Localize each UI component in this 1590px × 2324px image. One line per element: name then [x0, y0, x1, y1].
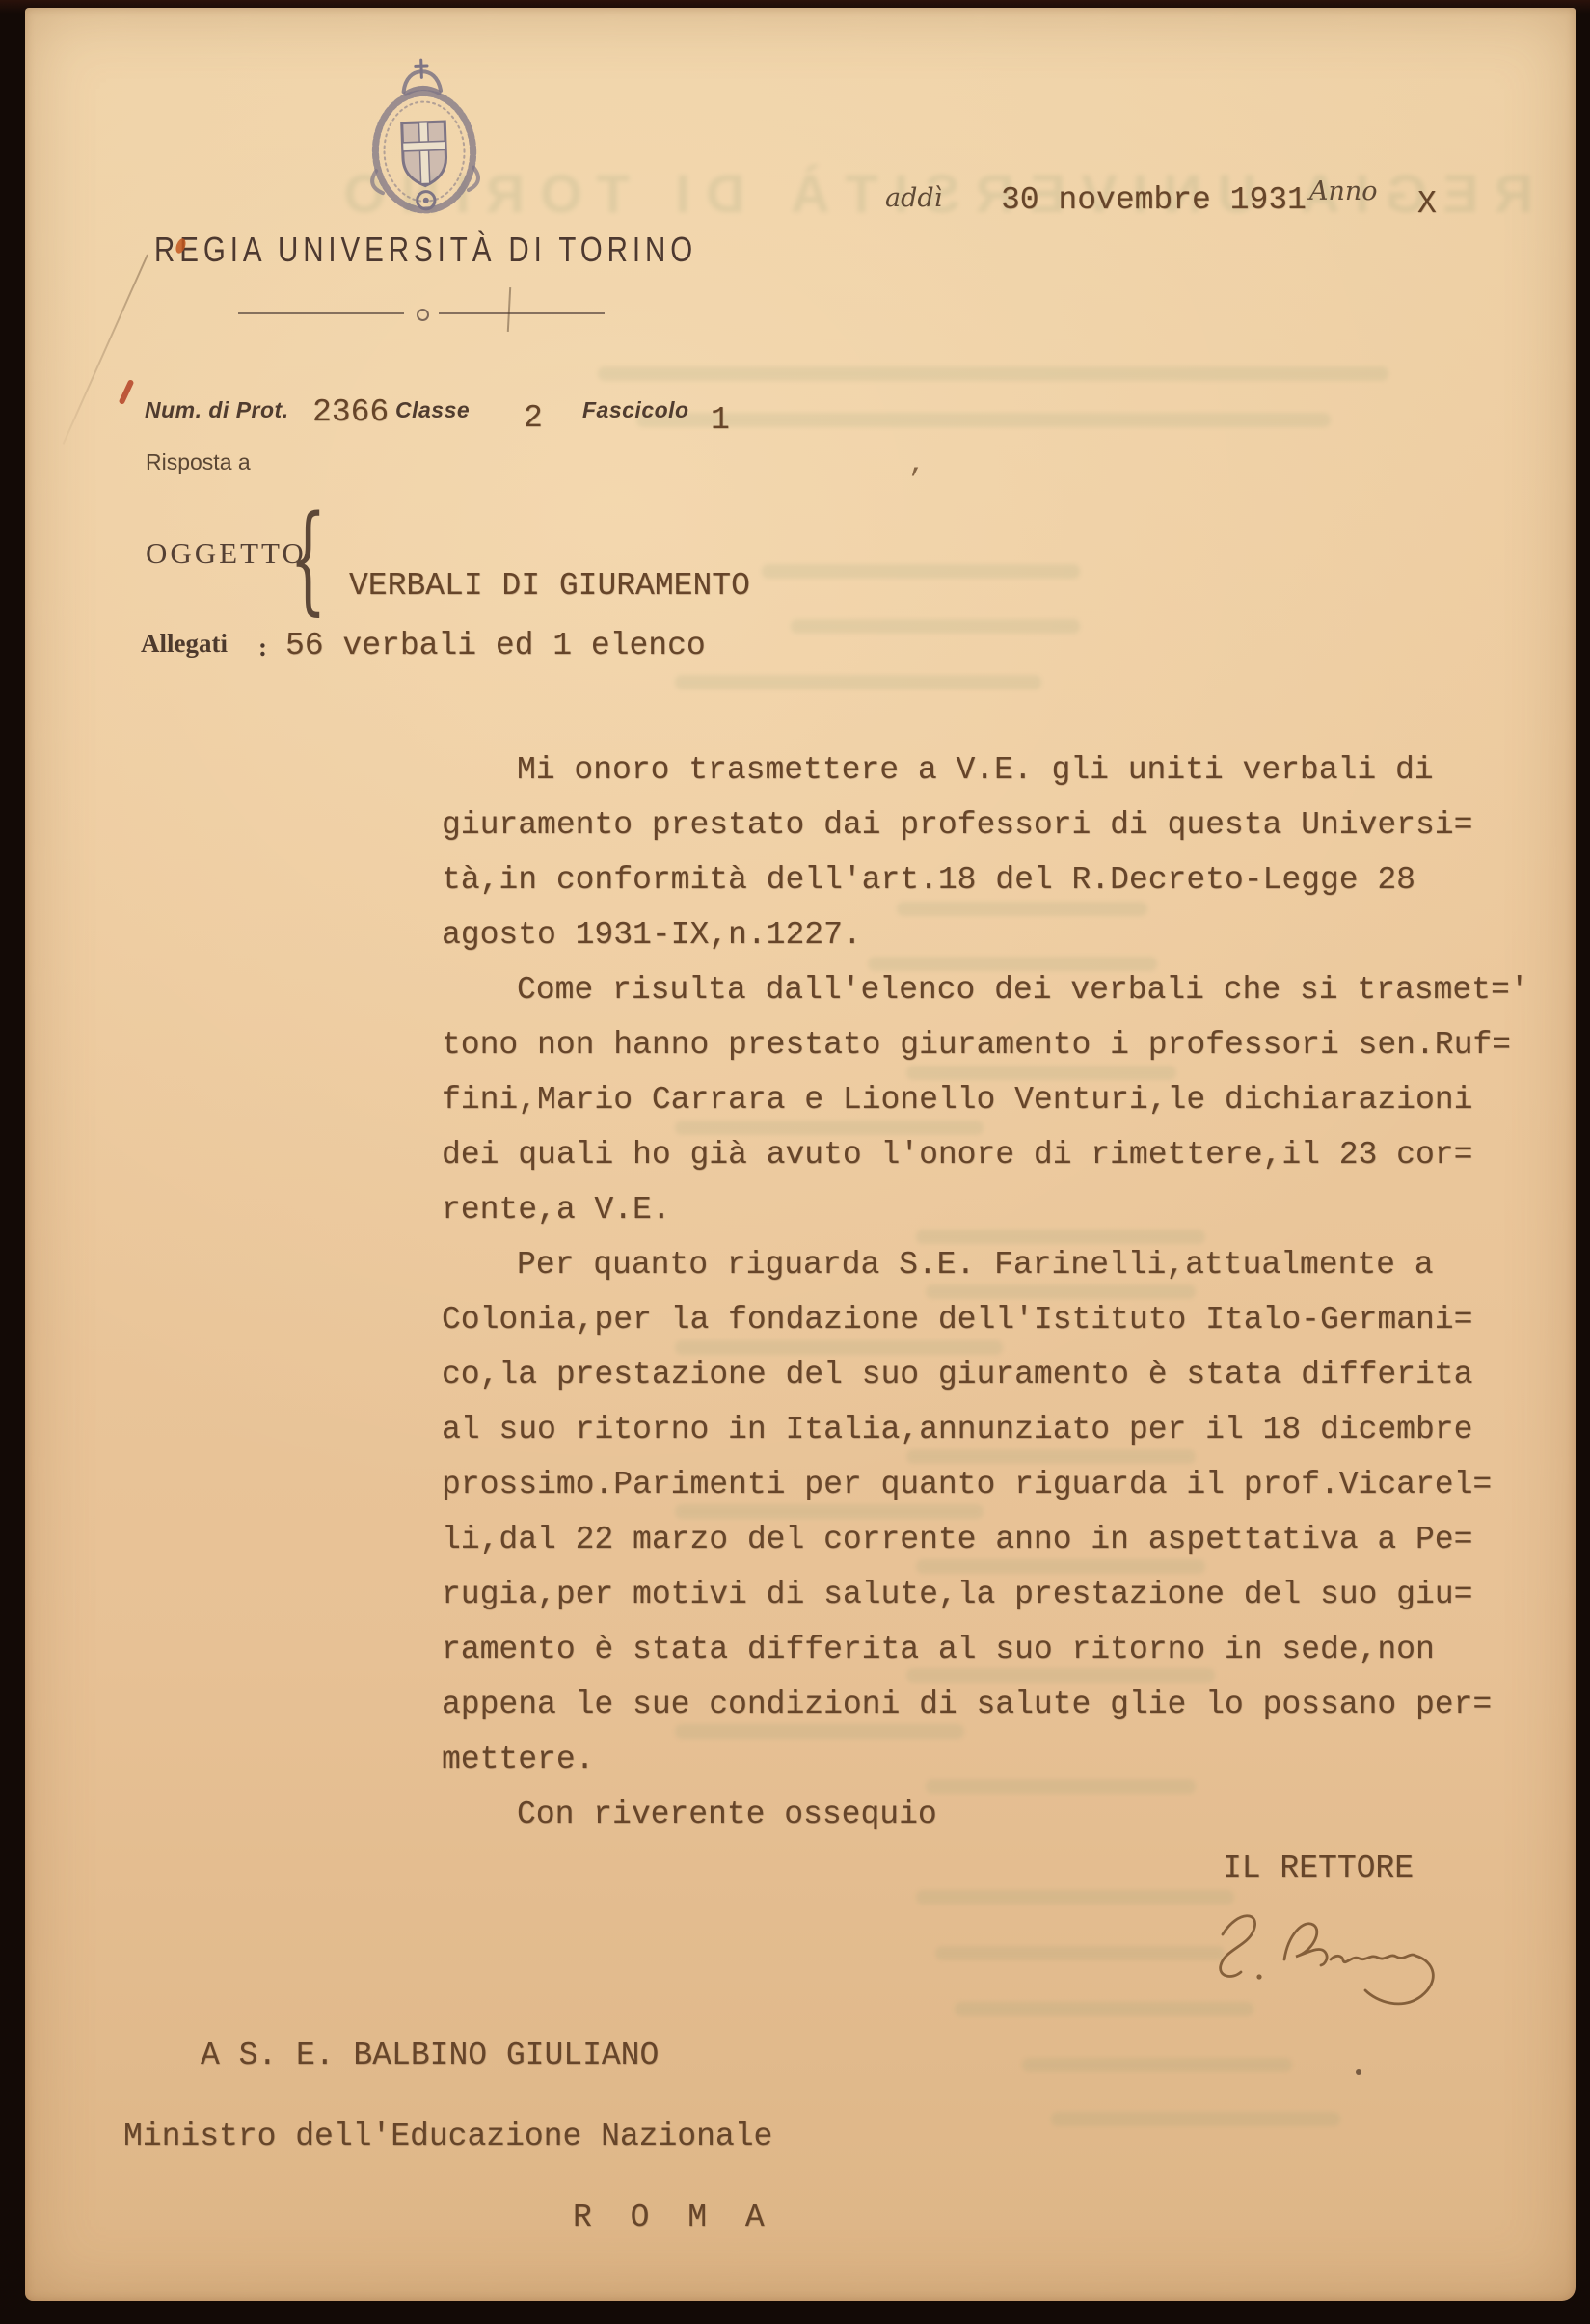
- recipient-title: Ministro dell'Educazione Nazionale: [123, 2118, 772, 2156]
- body-line: rente,a V.E.: [442, 1182, 1529, 1237]
- body-line: li,dal 22 marzo del corrente anno in asp…: [442, 1512, 1529, 1567]
- anno-value: X: [1417, 185, 1437, 224]
- showthrough-smudge: [1022, 2058, 1292, 2072]
- body-line: al suo ritorno in Italia,annunziato per …: [442, 1402, 1529, 1457]
- body-line: fini,Mario Carrara e Lionello Venturi,le…: [442, 1072, 1529, 1127]
- institution-name: REGIA UNIVERSITÀ DI TORINO: [154, 230, 697, 270]
- fascicolo-value: 1: [711, 401, 730, 440]
- body-line: Per quanto riguarda S.E. Farinelli,attua…: [442, 1237, 1529, 1292]
- addi-label: addì: [885, 183, 942, 213]
- letter-date: 30 novembre 1931: [1001, 181, 1307, 220]
- rector-title: IL RETTORE: [1223, 1850, 1414, 1888]
- allegati-label: Allegati: [141, 629, 228, 659]
- letterhead-divider: [238, 309, 605, 318]
- body-line: tono non hanno prestato giuramento i pro…: [442, 1017, 1529, 1072]
- body-line: prossimo.Parimenti per quanto riguarda i…: [442, 1457, 1529, 1512]
- oggetto-value: VERBALI DI GIURAMENTO: [349, 567, 750, 606]
- fascicolo-label: Fascicolo: [582, 397, 689, 423]
- body-line: rugia,per motivi di salute,la prestazion…: [442, 1567, 1529, 1622]
- stray-ink-mark: ’: [906, 465, 924, 498]
- body-line: Mi onoro trasmettere a V.E. gli uniti ve…: [442, 743, 1529, 797]
- body-line: giuramento prestato dai professori di qu…: [442, 797, 1529, 852]
- protocol-number-label: Num. di Prot.: [145, 397, 289, 423]
- protocol-number-value: 2366: [312, 393, 389, 432]
- rector-signature: [1196, 1896, 1466, 2012]
- allegati-value: 56 verbali ed 1 elenco: [285, 627, 706, 665]
- classe-label: Classe: [395, 397, 470, 423]
- scanned-letter-photo: REGIA UNIVERSITÀ DI TORINO REGIA UNIVERS…: [0, 0, 1590, 2324]
- body-line: Colonia,per la fondazione dell'Istituto …: [442, 1292, 1529, 1347]
- showthrough-smudge: [916, 1890, 1234, 1905]
- anno-label: Anno: [1309, 176, 1378, 206]
- showthrough-smudge: [762, 564, 1080, 579]
- body-line: dei quali ho già avuto l'onore di rimett…: [442, 1127, 1529, 1182]
- body-line: agosto 1931-IX,n.1227.: [442, 907, 1529, 962]
- showthrough-smudge: [1051, 2112, 1340, 2126]
- showthrough-smudge: [791, 619, 1080, 634]
- classe-value: 2: [524, 399, 543, 438]
- divider-circle-ornament: [417, 309, 429, 321]
- risposta-label: Risposta a: [146, 449, 251, 475]
- dark-speck: [1356, 2069, 1361, 2075]
- body-line: Come risulta dall'elenco dei verbali che…: [442, 962, 1529, 1017]
- body-line: appena le sue condizioni di salute glie …: [442, 1677, 1529, 1732]
- body-line: Con riverente ossequio: [442, 1787, 1529, 1842]
- body-line: tà,in conformità dell'art.18 del R.Decre…: [442, 852, 1529, 907]
- letter-body: Mi onoro trasmettere a V.E. gli uniti ve…: [442, 743, 1529, 1842]
- allegati-colon: :: [258, 633, 267, 662]
- savoy-coat-of-arms-icon: [346, 51, 501, 222]
- oggetto-brace: {: [289, 500, 327, 617]
- recipient-city: R O M A: [573, 2199, 774, 2237]
- body-line: co,la prestazione del suo giuramento è s…: [442, 1347, 1529, 1402]
- showthrough-smudge: [598, 366, 1388, 381]
- showthrough-smudge: [935, 1946, 1225, 1960]
- body-line: mettere.: [442, 1732, 1529, 1787]
- showthrough-smudge: [675, 675, 1041, 689]
- oggetto-label: OGGETTO: [146, 536, 307, 571]
- showthrough-smudge: [636, 413, 1331, 427]
- recipient-name: A S. E. BALBINO GIULIANO: [201, 2037, 659, 2075]
- body-line: ramento è stata differita al suo ritorno…: [442, 1622, 1529, 1677]
